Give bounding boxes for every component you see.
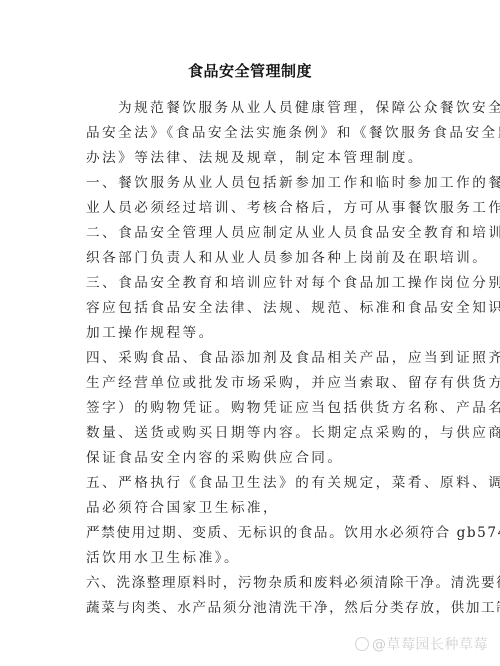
paragraph-line: 六、洗涤整理原料时，污物杂质和废料必须清除干净。清洗要彻底。 — [86, 571, 416, 596]
paragraph-line: 一、餐饮服务从业人员包括新参加工作和临时参加工作的餐饮服务从 — [86, 171, 416, 196]
paragraph-line: 活饮用水卫生标准》。 — [86, 546, 416, 571]
paragraph-line: 蔬菜与肉类、水产品须分池清洗干净，然后分类存放，供加工制作用。 — [86, 596, 416, 621]
paragraph-line: 二、食品安全管理人员应制定从业人员食品安全教育和培训计划，组 — [86, 221, 416, 246]
paragraph-line: 为规范餐饮服务从业人员健康管理，保障公众餐饮安全，根据《食 — [86, 96, 416, 121]
watermark: @草莓园长种草莓 — [355, 634, 488, 654]
paragraph-line: 业人员必须经过培训、考核合格后，方可从事餐饮服务工作。 — [86, 196, 416, 221]
paragraph-line: 容应包括食品安全法律、法规、规范、标准和食品安全知识、各岗位 — [86, 296, 416, 321]
document-body: 为规范餐饮服务从业人员健康管理，保障公众餐饮安全，根据《食 品安全法》《食品安全… — [86, 96, 416, 621]
paragraph-line: 四、采购食品、食品添加剂及食品相关产品，应当到证照齐全的食品 — [86, 346, 416, 371]
paragraph-line: 织各部门负责人和从业人员参加各种上岗前及在职培训。 — [86, 246, 416, 271]
paragraph-line: 五、严格执行《食品卫生法》的有关规定，菜肴、原料、调味品等食 — [86, 471, 416, 496]
paragraph-line: 品必须符合国家卫生标准， — [86, 496, 416, 521]
paragraph-line: 品安全法》《食品安全法实施条例》和《餐饮服务食品安全监督管理 — [86, 121, 416, 146]
paragraph-line: 保证食品安全内容的采购供应合同。 — [86, 446, 416, 471]
paragraph-line: 三、食品安全教育和培训应针对每个食品加工操作岗位分别进行，内 — [86, 271, 416, 296]
paragraph-line: 加工操作规程等。 — [86, 321, 416, 346]
paragraph-line: 签字）的购物凭证。购物凭证应当包括供货方名称、产品名称、产品 — [86, 396, 416, 421]
document-title: 食品安全管理制度 — [0, 60, 500, 81]
weibo-logo-icon — [355, 637, 369, 651]
watermark-text: @草莓园长种草莓 — [372, 637, 488, 653]
paragraph-line: 生产经营单位或批发市场采购，并应当索取、留存有供货方盖章（或 — [86, 371, 416, 396]
paragraph-line: 数量、送货或购买日期等内容。长期定点采购的，与供应商签订包括 — [86, 421, 416, 446]
document-page: 食品安全管理制度 为规范餐饮服务从业人员健康管理，保障公众餐饮安全，根据《食 品… — [0, 0, 500, 666]
paragraph-line: 办法》等法律、法规及规章，制定本管理制度。 — [86, 146, 416, 171]
paragraph-line: 严禁使用过期、变质、无标识的食品。饮用水必须符合 gb5749《生 — [86, 521, 416, 546]
